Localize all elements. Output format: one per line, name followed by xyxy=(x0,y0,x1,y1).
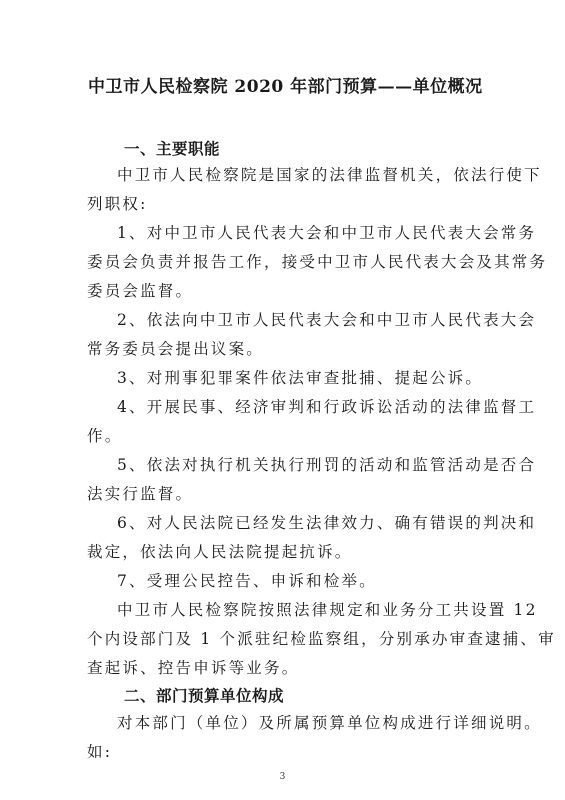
paragraph-line: 中卫市人民检察院按照法律规定和业务分工共设置 12 xyxy=(117,598,538,620)
paragraph-line: 列职权: xyxy=(87,192,148,214)
section-heading-unit-composition: 二、部门预算单位构成 xyxy=(124,684,284,706)
document-title: 中卫市人民检察院 2020 年部门预算——单位概况 xyxy=(88,72,483,97)
paragraph-line: 查起诉、控告申诉等业务。 xyxy=(87,656,299,678)
paragraph-line: 6、对人民法院已经发生法律效力、确有错误的判决和 xyxy=(117,511,536,533)
paragraph-line: 4、开展民事、经济审判和行政诉讼活动的法律监督工 xyxy=(117,395,536,417)
paragraph-line: 委员会负责并报告工作，接受中卫市人民代表大会及其常务 xyxy=(87,250,547,272)
paragraph-line: 2、依法向中卫市人民代表大会和中卫市人民代表大会 xyxy=(117,308,536,330)
paragraph-line: 个内设部门及 1 个派驻纪检监察组，分别承办审查逮捕、审 xyxy=(87,627,556,649)
section-heading-main-functions: 一、主要职能 xyxy=(124,137,220,159)
paragraph-line: 常务委员会提出议案。 xyxy=(87,337,264,359)
document-page: 中卫市人民检察院 2020 年部门预算——单位概况 一、主要职能 中卫市人民检察… xyxy=(0,0,565,800)
paragraph-line: 法实行监督。 xyxy=(87,482,193,504)
paragraph-line: 作。 xyxy=(87,424,122,446)
paragraph-line: 3、对刑事犯罪案件依法审查批捕、提起公诉。 xyxy=(117,366,483,388)
paragraph-line: 裁定，依法向人民法院提起抗诉。 xyxy=(87,540,353,562)
paragraph-line: 1、对中卫市人民代表大会和中卫市人民代表大会常务 xyxy=(117,221,536,243)
paragraph-line: 对本部门（单位）及所属预算单位构成进行详细说明。 xyxy=(117,711,542,733)
paragraph-line: 5、依法对执行机关执行刑罚的活动和监管活动是否合 xyxy=(117,453,536,475)
paragraph-line: 中卫市人民检察院是国家的法律监督机关，依法行使下 xyxy=(117,163,542,185)
paragraph-line: 如: xyxy=(87,740,112,762)
paragraph-line: 7、受理公民控告、申诉和检举。 xyxy=(117,569,377,591)
page-number: 3 xyxy=(0,772,565,782)
paragraph-line: 委员会监督。 xyxy=(87,279,193,301)
